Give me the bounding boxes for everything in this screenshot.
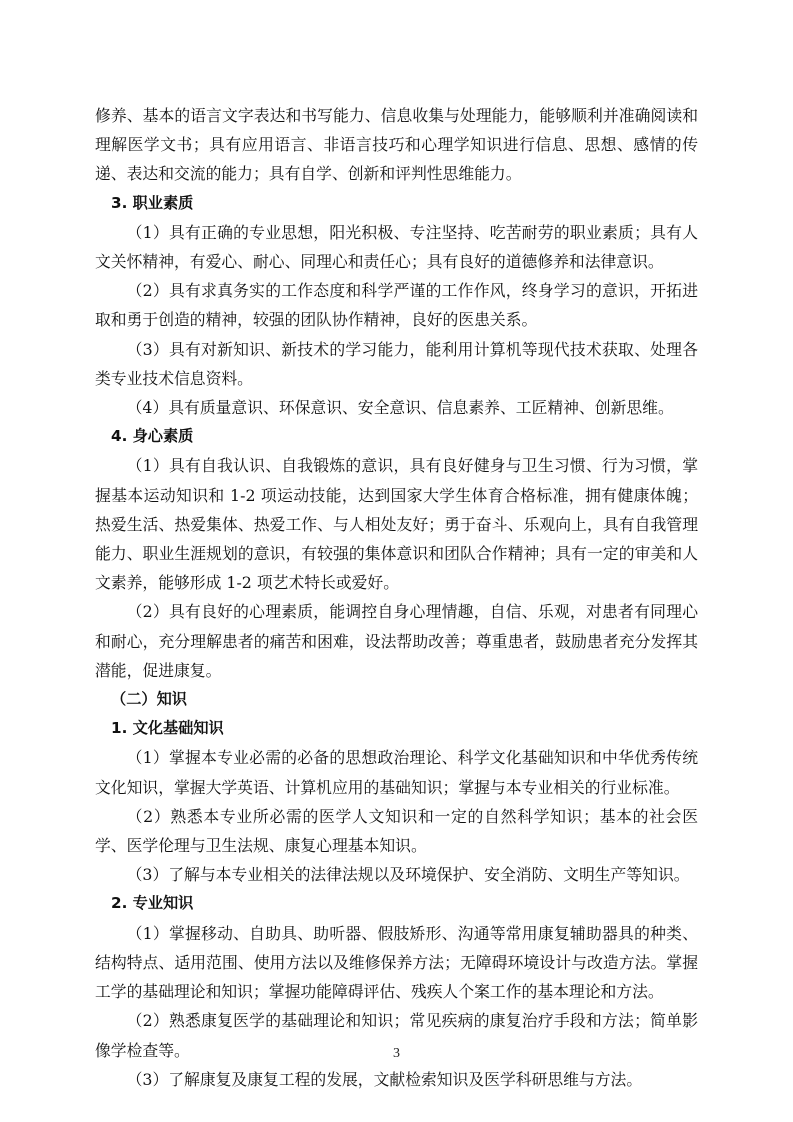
heading-knowledge: （二）知识 bbox=[95, 685, 698, 714]
heading-physical-mental-quality: 4. 身心素质 bbox=[95, 422, 698, 451]
paragraph: （4）具有质量意识、环保意识、安全意识、信息素养、工匠精神、创新思维。 bbox=[95, 393, 698, 422]
paragraph: （3）了解康复及康复工程的发展，文献检索知识及医学科研思维与方法。 bbox=[95, 1065, 698, 1094]
heading-professional-knowledge: 2. 专业知识 bbox=[95, 889, 698, 918]
page-number: 3 bbox=[0, 1046, 793, 1062]
paragraph: （1）掌握本专业必需的必备的思想政治理论、科学文化基础知识和中华优秀传统文化知识… bbox=[95, 743, 698, 801]
paragraph-continuation: 修养、基本的语言文字表达和书写能力、信息收集与处理能力，能够顺利并准确阅读和理解… bbox=[95, 101, 698, 189]
paragraph: （2）具有良好的心理素质，能调控自身心理情趣，自信、乐观，对患者有同理心和耐心，… bbox=[95, 597, 698, 685]
paragraph: （1）具有自我认识、自我锻炼的意识，具有良好健身与卫生习惯、行为习惯，掌握基本运… bbox=[95, 451, 698, 597]
paragraph: （2）具有求真务实的工作态度和科学严谨的工作作风，终身学习的意识，开拓进取和勇于… bbox=[95, 276, 698, 334]
document-page: 修养、基本的语言文字表达和书写能力、信息收集与处理能力，能够顺利并准确阅读和理解… bbox=[95, 101, 698, 1094]
paragraph: （1）具有正确的专业思想，阳光积极、专注坚持、吃苦耐劳的职业素质；具有人文关怀精… bbox=[95, 218, 698, 276]
paragraph: （3）了解与本专业相关的法律法规以及环境保护、安全消防、文明生产等知识。 bbox=[95, 860, 698, 889]
paragraph: （3）具有对新知识、新技术的学习能力，能利用计算机等现代技术获取、处理各类专业技… bbox=[95, 335, 698, 393]
paragraph: （1）掌握移动、自助具、助听器、假肢矫形、沟通等常用康复辅助器具的种类、结构特点… bbox=[95, 919, 698, 1007]
heading-cultural-basic-knowledge: 1. 文化基础知识 bbox=[95, 714, 698, 743]
paragraph: （2）熟悉本专业所必需的医学人文知识和一定的自然科学知识；基本的社会医学、医学伦… bbox=[95, 802, 698, 860]
heading-professional-quality: 3. 职业素质 bbox=[95, 189, 698, 218]
